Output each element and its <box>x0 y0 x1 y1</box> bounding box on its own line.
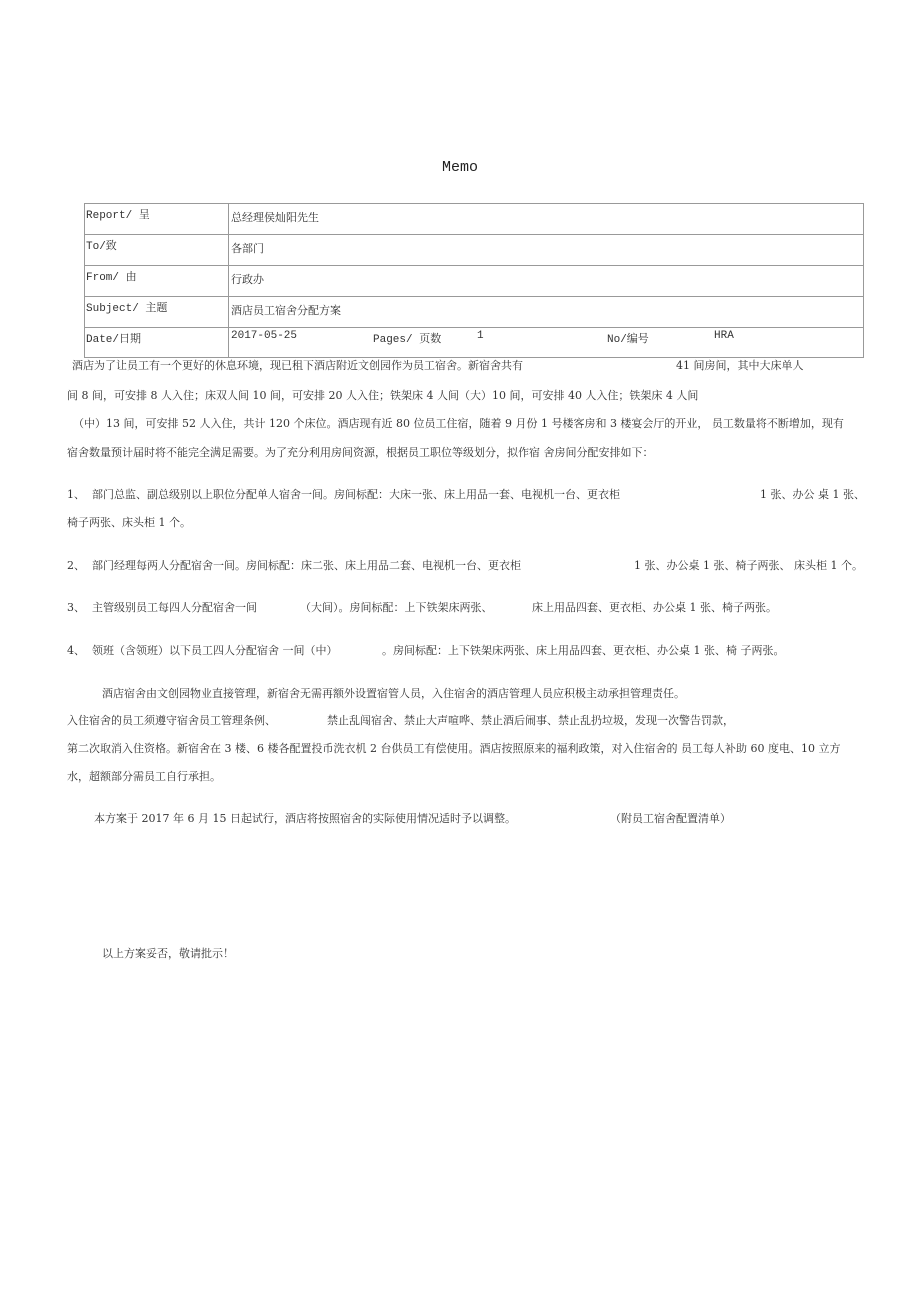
subject-row: Subject/ 主题 酒店员工宿舍分配方案 <box>85 297 864 328</box>
item-3-text: 主管级别员工每四人分配宿舍一间 <box>92 599 257 615</box>
memo-title: Memo <box>0 159 920 176</box>
item-3-text-b: （大间）。房间标配：上下铁架床两张、 <box>300 599 493 615</box>
item-1-number: 1、 <box>67 486 85 502</box>
report-label: Report/ 呈 <box>85 204 229 235</box>
item-1-continuation: 椅子两张、床头柜 1 个。 <box>67 514 191 530</box>
no-value: HRA <box>714 330 734 342</box>
no-label: No/编号 <box>607 330 649 346</box>
to-label: To/致 <box>85 235 229 266</box>
intro-line-3: （中）13 间，可安排 52 人入住，共计 120 个床位。酒店现有近 80 位… <box>73 415 844 431</box>
from-value: 行政办 <box>229 266 864 297</box>
pages-label: Pages/ 页数 <box>373 330 441 346</box>
management-line-2b: 禁止乱闯宿舍、禁止大声喧哗、禁止酒后闹事、禁止乱扔垃圾，发现一次警告罚款， <box>327 712 734 728</box>
management-line-1: 酒店宿舍由文创园物业直接管理，新宿舍无需再额外设置宿管人员，入住宿舍的酒店管理人… <box>102 685 685 701</box>
item-2-text: 部门经理每两人分配宿舍一间。房间标配：床二张、床上用品二套、电视机一台、更衣柜 <box>92 557 521 573</box>
to-row: To/致 各部门 <box>85 235 864 266</box>
from-label: From/ 由 <box>85 266 229 297</box>
pages-value: 1 <box>477 330 484 342</box>
date-label: Date/日期 <box>85 328 229 358</box>
date-row: Date/日期 2017-05-25 Pages/ 页数 1 No/编号 HRA <box>85 328 864 358</box>
report-row: Report/ 呈 总经理侯灿阳先生 <box>85 204 864 235</box>
intro-line-1a: 酒店为了让员工有一个更好的休息环境，现已租下酒店附近文创园作为员工宿舍。新宿舍共… <box>72 357 523 373</box>
item-4-number: 4、 <box>67 642 85 658</box>
item-1-text-b: 1 张、办公 桌 1 张、 <box>760 486 865 502</box>
intro-line-1b: 41 间房间，其中大床单人 <box>676 357 804 373</box>
subject-label: Subject/ 主题 <box>85 297 229 328</box>
report-value: 总经理侯灿阳先生 <box>229 204 864 235</box>
date-value: 2017-05-25 <box>231 330 297 342</box>
to-value: 各部门 <box>229 235 864 266</box>
item-4-text: 领班（含领班）以下员工四人分配宿舍 一间（中） <box>92 642 338 658</box>
subject-value: 酒店员工宿舍分配方案 <box>229 297 864 328</box>
item-3-text-c: 床上用品四套、更衣柜、办公桌 1 张、椅子两张。 <box>532 599 777 615</box>
item-3-number: 3、 <box>67 599 85 615</box>
item-4-text-b: 。房间标配：上下铁架床两张、床上用品四套、更衣柜、办公桌 1 张、椅 子两张。 <box>382 642 785 658</box>
management-line-3: 第二次取消入住资格。新宿舍在 3 楼、6 楼各配置投币洗衣机 2 台供员工有偿使… <box>67 740 840 756</box>
closing-text: 以上方案妥否，敬请批示！ <box>102 945 234 961</box>
from-row: From/ 由 行政办 <box>85 266 864 297</box>
management-line-4: 水，超额部分需员工自行承担。 <box>67 768 221 784</box>
item-2-text-b: 1 张、办公桌 1 张、椅子两张、 床头柜 1 个。 <box>634 557 863 573</box>
trial-text: 本方案于 2017 年 6 月 15 日起试行，酒店将按照宿舍的实际使用情况适时… <box>94 810 516 826</box>
management-line-2a: 入住宿舍的员工须遵守宿舍员工管理条例、 <box>67 712 276 728</box>
intro-line-2: 间 8 间，可安排 8 人入住；床双人间 10 间，可安排 20 人入住；铁架床… <box>67 387 698 403</box>
memo-header-table: Report/ 呈 总经理侯灿阳先生 To/致 各部门 From/ 由 行政办 … <box>84 203 864 358</box>
item-1-text: 部门总监、副总级别以上职位分配单人宿舍一间。房间标配：大床一张、床上用品一套、电… <box>92 486 620 502</box>
item-2-number: 2、 <box>67 557 85 573</box>
intro-line-4: 宿舍数量预计届时将不能完全满足需要。为了充分利用房间资源，根据员工职位等级划分，… <box>67 444 654 460</box>
attachment-note: （附员工宿舍配置清单） <box>610 810 731 826</box>
